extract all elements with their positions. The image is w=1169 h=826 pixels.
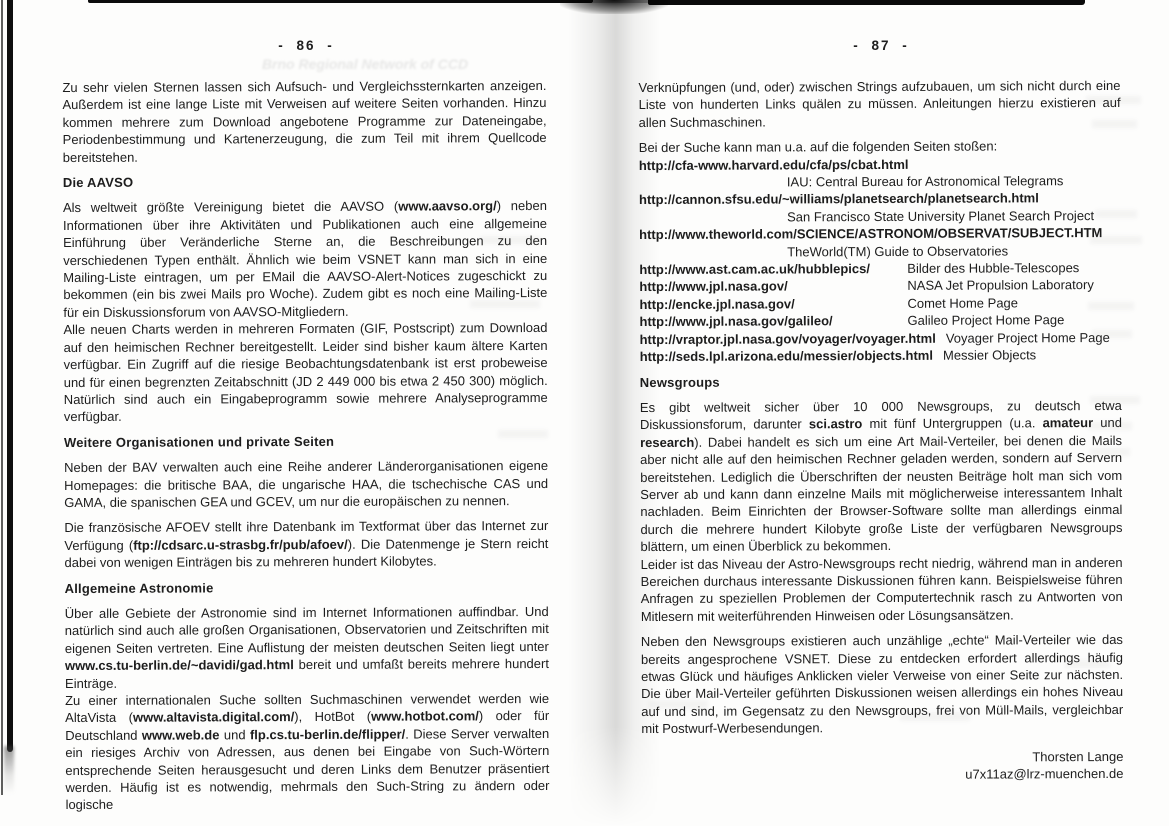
text-run: Verknüpfungen (und, oder) zwischen Strin… [638, 78, 1120, 130]
signature-line: Thorsten Lange [641, 748, 1123, 768]
text-run: ), HotBot ( [294, 709, 371, 724]
page-86-content: Zu sehr vielen Sternen lassen sich Aufsu… [62, 77, 549, 822]
printed-url: http://www.jpl.nasa.gov/galileo/ [639, 312, 907, 331]
gutter-shadow [560, 0, 668, 14]
paragraph: Zu sehr vielen Sternen lassen sich Aufsu… [62, 77, 546, 166]
left-edge-shadow [1, 0, 3, 795]
printed-url: http://cannon.sfsu.edu/~williams/planets… [639, 191, 1039, 208]
printed-url: www.aavso.org/ [398, 199, 497, 214]
printed-url: http://www.theworld.com/SCIENCE/ASTRONOM… [639, 225, 1102, 242]
printed-url: http://www.ast.cam.ac.uk/hubblepics/ [639, 260, 907, 279]
printed-url: http://seds.lpl.arizona.edu/messier/obje… [640, 347, 943, 366]
printed-url: amateur [1043, 415, 1094, 430]
bleed-through-smudge [900, 712, 970, 721]
paragraph: Neben den Newsgroups existieren auch unz… [641, 631, 1123, 738]
bleed-through-smudge [1090, 448, 1130, 456]
bleed-through-smudge [1090, 396, 1140, 404]
url-description: Comet Home Page [907, 294, 1018, 312]
bleed-through-smudge [480, 236, 540, 244]
printed-url: ftp://cdsarc.u-strasbg.fr/pub/afoev/ [133, 537, 348, 553]
bleed-through-smudge [1086, 96, 1141, 104]
bleed-through-smudge [1090, 236, 1142, 244]
page-87-content: Verknüpfungen (und, oder) zwischen Strin… [638, 77, 1123, 785]
printed-url: sci.astro [809, 416, 863, 431]
url-description: IAU: Central Bureau for Astronomical Tel… [639, 172, 1121, 192]
url-description: Bilder des Hubble-Telescopes [907, 259, 1079, 277]
url-entry: http://encke.jpl.nasa.gov/Comet Home Pag… [639, 294, 1121, 314]
url-entry: http://www.theworld.com/SCIENCE/ASTRONOM… [639, 224, 1121, 244]
bleed-through-smudge [648, 700, 708, 709]
paragraph: Die französische AFOEV stellt ihre Daten… [64, 517, 548, 571]
text-run: ). Dabei handelt es sich um eine Art Mai… [640, 433, 1122, 555]
url-description: Galileo Project Home Page [907, 311, 1064, 329]
text-run: Neben den Newsgroups existieren auch unz… [641, 632, 1123, 736]
paragraph: Es gibt weltweit sicher über 10 000 News… [640, 397, 1123, 556]
url-entry: http://vraptor.jpl.nasa.gov/voyager/voya… [640, 329, 1122, 349]
printed-url: http://vraptor.jpl.nasa.gov/voyager/voya… [640, 329, 946, 348]
book-spread: - 86 - Brno Regional Network of CCD Zu s… [0, 0, 1169, 826]
printed-url: http://www.jpl.nasa.gov/ [639, 277, 907, 296]
bleed-through-smudge [498, 430, 548, 438]
section-heading: Allgemeine Astronomie [65, 578, 549, 598]
text-run: Über alle Gebiete der Astronomie sind im… [65, 604, 549, 656]
url-description: San Francisco State University Planet Se… [639, 207, 1121, 227]
url-entry: http://seds.lpl.arizona.edu/messier/obje… [640, 346, 1122, 366]
section-heading: Die AAVSO [63, 172, 547, 192]
url-list: http://cfa-www.harvard.edu/cfa/ps/cbat.h… [639, 155, 1122, 366]
bleed-through-smudge [1092, 330, 1132, 338]
page-number: - 87 - [640, 38, 1122, 53]
signature-block: Thorsten Langeu7x11az@lrz-muenchen.de [641, 748, 1123, 785]
gutter-shadow [568, 0, 660, 826]
text-run: Als weltweit größte Vereinigung bietet d… [63, 199, 398, 215]
paragraph: Zu einer internationalen Suche sollten S… [65, 690, 550, 814]
url-description: TheWorld(TM) Guide to Observatories [639, 242, 1121, 262]
printed-url: www.web.de [142, 727, 220, 742]
url-entry: http://cannon.sfsu.edu/~williams/planets… [639, 189, 1121, 209]
url-entry: http://www.jpl.nasa.gov/galileo/Galileo … [639, 311, 1121, 331]
paragraph: Alle neuen Charts werden in mehreren For… [63, 319, 547, 426]
text-run: mit fünf Untergruppen (u.a. [862, 416, 1042, 432]
left-edge-shadow [4, 746, 14, 794]
printed-url: www.cs.tu-berlin.de/~davidi/gad.html [65, 657, 294, 673]
top-edge-shadow [648, 0, 1085, 5]
text-run: Neben der BAV verwalten auch eine Reihe … [64, 458, 548, 510]
text-run: Bei der Suche kann man u.a. auf die folg… [639, 139, 998, 156]
paragraph: Leider ist das Niveau der Astro-Newsgrou… [641, 554, 1123, 626]
paragraph: Über alle Gebiete der Astronomie sind im… [65, 603, 549, 692]
top-edge-shadow [88, 0, 593, 3]
page-number: - 86 - [64, 38, 548, 53]
text-run: Leider ist das Niveau der Astro-Newsgrou… [641, 555, 1123, 624]
printed-url: www.hotbot.com/ [371, 709, 479, 724]
text-run: Alle neuen Charts werden in mehreren For… [63, 320, 547, 424]
printed-url: http://cfa-www.harvard.edu/cfa/ps/cbat.h… [639, 157, 909, 173]
bleed-through-smudge [1095, 210, 1137, 218]
bleed-through-smudge [1065, 660, 1110, 668]
paragraph: Bei der Suche kann man u.a. auf die folg… [639, 137, 1121, 157]
bleed-through-smudge [1092, 120, 1137, 128]
bleed-through-smudge [1088, 422, 1132, 430]
bleed-through-smudge [470, 300, 540, 308]
bleed-through-smudge [1088, 302, 1134, 310]
text-run: Zu sehr vielen Sternen lassen sich Aufsu… [62, 78, 546, 165]
url-description: Voyager Project Home Page [946, 329, 1110, 347]
paragraph: Neben der BAV verwalten auch eine Reihe … [64, 457, 548, 511]
url-entry: http://www.ast.cam.ac.uk/hubblepics/Bild… [639, 259, 1121, 279]
printed-url: flp.cs.tu-berlin.de/flipper/ [250, 726, 405, 742]
section-heading: Newsgroups [640, 371, 1122, 391]
ghost-bleed-text: Brno Regional Network of CCD [150, 56, 580, 72]
url-description: NASA Jet Propulsion Laboratory [907, 277, 1094, 295]
url-description: Messier Objects [943, 346, 1036, 364]
paragraph: Verknüpfungen (und, oder) zwischen Strin… [638, 77, 1120, 131]
text-run: und [219, 727, 250, 742]
signature-line: u7x11az@lrz-muenchen.de [641, 765, 1123, 785]
printed-url: http://encke.jpl.nasa.gov/ [639, 295, 907, 314]
url-entry: http://cfa-www.harvard.edu/cfa/ps/cbat.h… [639, 155, 1121, 175]
left-edge-shadow [7, 0, 13, 752]
section-heading: Weitere Organisationen und private Seite… [64, 432, 548, 452]
url-entry: http://www.jpl.nasa.gov/NASA Jet Propuls… [639, 276, 1121, 296]
printed-url: www.altavista.digital.com/ [133, 709, 294, 725]
